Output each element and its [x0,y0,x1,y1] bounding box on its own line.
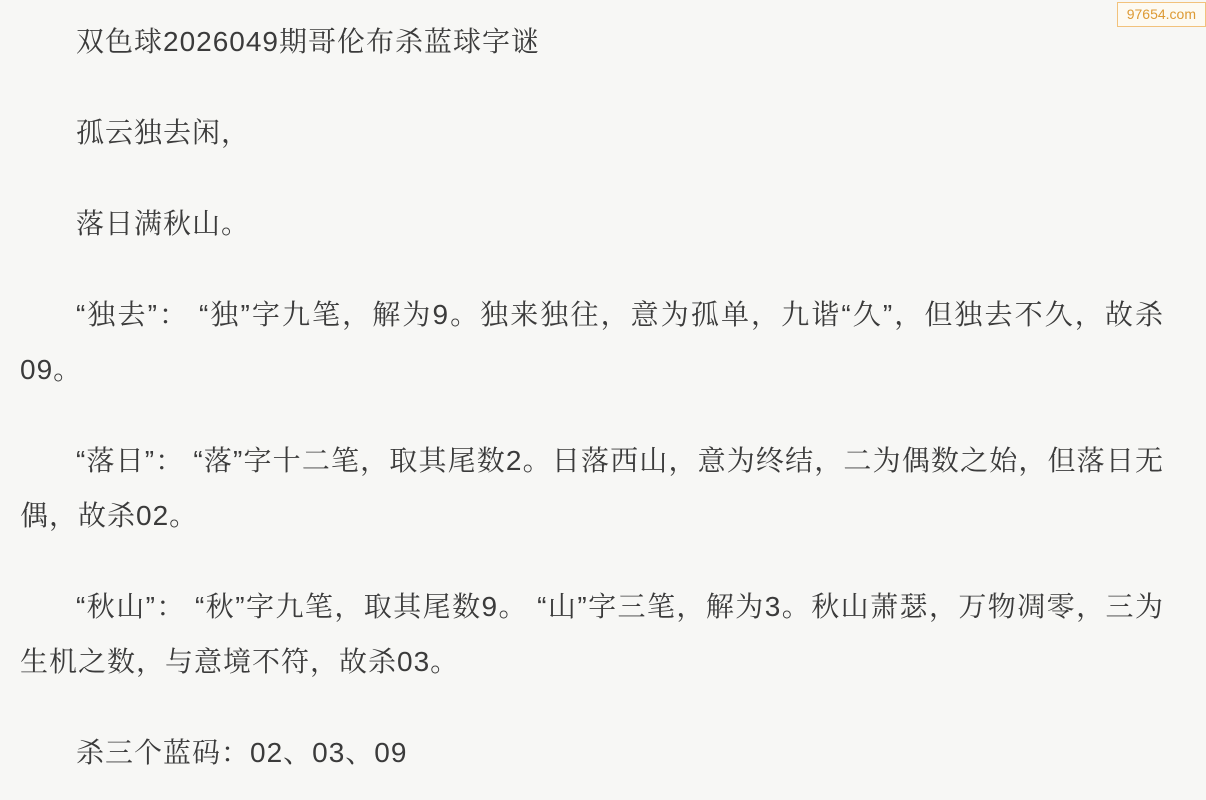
poem-line-2: 落日满秋山。 [20,196,1164,251]
page-title: 双色球2026049期哥伦布杀蓝球字谜 [20,14,1164,69]
article-body: 双色球2026049期哥伦布杀蓝球字谜 孤云独去闲， 落日满秋山。 “独去”： … [0,14,1206,780]
analysis-paragraph-1: “独去”： “独”字九笔，解为9。独来独往，意为孤单，九谐“久”，但独去不久，故… [20,287,1164,397]
conclusion-line: 杀三个蓝码：02、03、09 [20,725,1164,780]
poem-line-1: 孤云独去闲， [20,105,1164,160]
analysis-paragraph-3: “秋山”： “秋”字九笔，取其尾数9。 “山”字三笔，解为3。秋山萧瑟，万物凋零… [20,579,1164,689]
site-watermark: 97654.com [1117,2,1206,27]
analysis-paragraph-2: “落日”： “落”字十二笔，取其尾数2。日落西山，意为终结，二为偶数之始，但落日… [20,433,1164,543]
